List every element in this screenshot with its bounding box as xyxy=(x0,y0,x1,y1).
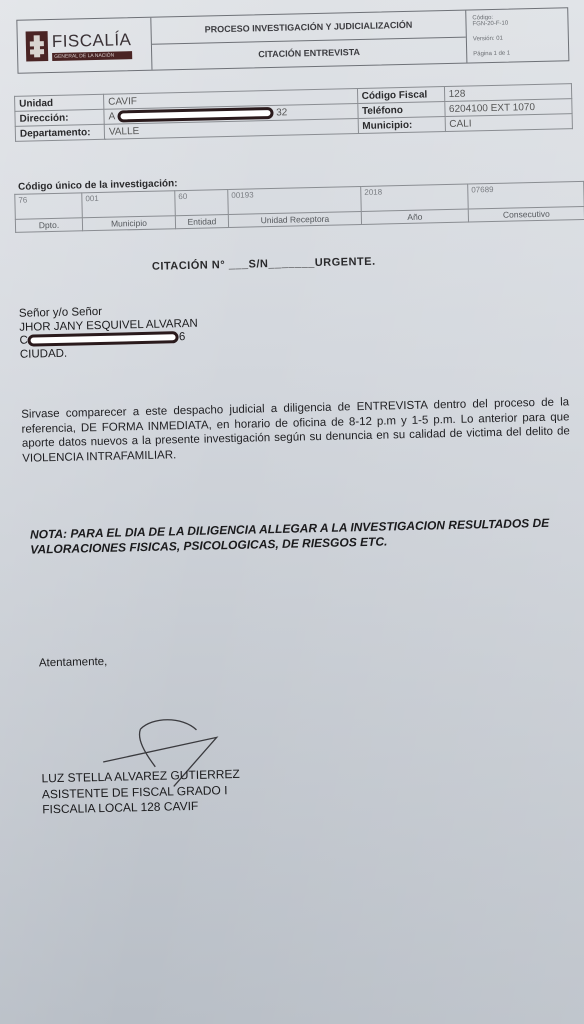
cui-value: 001 xyxy=(82,191,176,218)
logo-subtitle: GENERAL DE LA NACIÓN xyxy=(52,51,132,61)
valediction: Atentamente, xyxy=(39,656,108,670)
direccion-suffix: 32 xyxy=(276,107,287,118)
cui-value: 2018 xyxy=(361,184,469,211)
logo-name: FISCALÍA xyxy=(52,30,132,52)
citation-prefix: CITACIÓN N° xyxy=(152,259,226,273)
cui-value: 60 xyxy=(175,190,229,216)
fiscalia-logo: FISCALÍA GENERAL DE LA NACIÓN xyxy=(17,18,152,73)
cui-value: 00193 xyxy=(228,186,362,214)
address-prefix: C xyxy=(19,335,28,347)
redaction-mark xyxy=(28,331,179,346)
municipio-label: Municipio: xyxy=(358,117,445,134)
summons-paragraph: Sirvase comparecer a este despacho judic… xyxy=(21,395,570,465)
cui-value: 07689 xyxy=(468,181,584,209)
version: Versión: 01 xyxy=(473,34,568,42)
code-value: FGN-20-F-10 xyxy=(472,20,508,27)
cui-label: Entidad xyxy=(175,215,228,229)
citation-number: S/N xyxy=(248,258,268,270)
cui-label: Unidad Receptora xyxy=(228,211,361,227)
direccion-prefix: A xyxy=(108,111,114,122)
municipio-value: CALI xyxy=(445,114,573,132)
fiscalia-emblem-icon xyxy=(26,31,49,61)
cui-value: 76 xyxy=(15,193,83,220)
citation-blank: ___ xyxy=(229,259,249,271)
cui-label: Dpto. xyxy=(15,218,82,233)
cui-label: Año xyxy=(361,209,468,224)
cui-label: Consecutivo xyxy=(468,206,584,222)
citation-urgency: URGENTE. xyxy=(315,256,376,269)
signer-block: LUZ STELLA ALVAREZ GUTIERREZ ASISTENTE D… xyxy=(41,767,240,818)
page-number: Página 1 de 1 xyxy=(473,50,568,58)
cui-label: Municipio xyxy=(82,216,175,231)
departamento-label: Departamento: xyxy=(15,124,104,141)
address-suffix: 6 xyxy=(179,331,186,343)
document-meta: Código:FGN-20-F-10 Versión: 01 Página 1 … xyxy=(466,8,568,62)
recipient-block: Señor y/o Señor JHOR JANY ESQUIVEL ALVAR… xyxy=(19,304,199,362)
paper-background xyxy=(0,0,584,1024)
citation-blank: _______ xyxy=(268,257,315,270)
